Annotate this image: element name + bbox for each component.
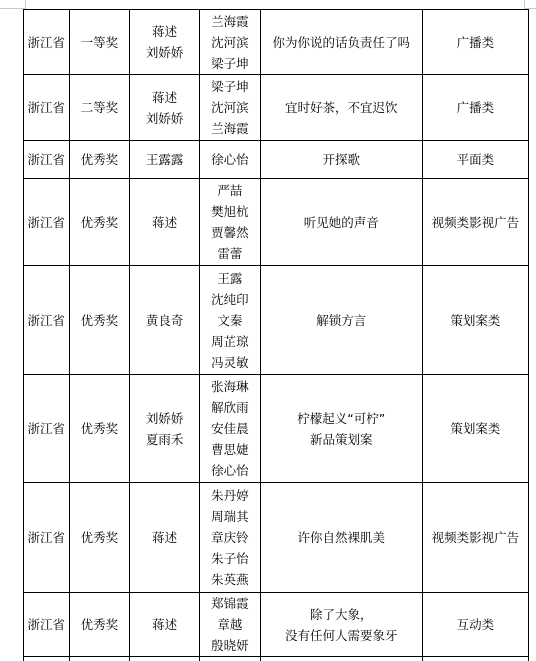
work-title-line: 解锁方言 xyxy=(261,310,422,331)
award-cell: 优秀奖 xyxy=(69,593,130,657)
teacher-cell: 王露露 xyxy=(130,141,200,179)
province-cell: 浙江省 xyxy=(24,179,70,266)
member-name: 朱子怡 xyxy=(200,548,260,569)
table-row: 浙江省 优秀奖 蒋述 郑锦霞章越殷晓妍 除了大象，没有任何人需要象牙 互动类 xyxy=(24,593,529,657)
member-name: 徐心怡 xyxy=(200,460,260,481)
award-text: 优秀奖 xyxy=(70,614,130,635)
award-text: 优秀奖 xyxy=(70,310,130,331)
award-cell: 优秀奖 xyxy=(69,141,130,179)
member-name: 朱英燕 xyxy=(200,569,260,590)
province-text: 浙江省 xyxy=(24,97,69,118)
award-text: 优秀奖 xyxy=(70,418,130,439)
members-cell: 张海琳解欣雨安佳晨曹思婕徐心怡 xyxy=(200,375,261,483)
award-cell: 优秀奖 xyxy=(69,266,130,375)
title-cell: 解锁方言 xyxy=(260,266,422,375)
teacher-name: 刘娇娇 xyxy=(130,408,199,429)
teacher-cell: 蒋述 xyxy=(130,593,200,657)
province-text: 浙江省 xyxy=(24,212,69,233)
category-text: 视频类影视广告 xyxy=(423,212,528,233)
category-cell: 广播类 xyxy=(422,75,528,141)
award-cell: 优秀奖 xyxy=(69,375,130,483)
members-cell: 严喆樊旭杭贾馨然雷蕾 xyxy=(200,179,261,266)
category-cell: 互动类 xyxy=(422,593,528,657)
work-title-line: 听见她的声音 xyxy=(261,212,422,233)
category-cell: 策划案类 xyxy=(422,375,528,483)
title-cell: 许你自然裸肌美 xyxy=(260,483,422,593)
member-name: 沈纯印 xyxy=(200,289,260,310)
member-name: 樊旭杭 xyxy=(200,201,260,222)
member-name: 梁子坤 xyxy=(200,53,260,74)
empty-cell xyxy=(24,657,70,661)
award-cell: 二等奖 xyxy=(69,75,130,141)
member-name: 章越 xyxy=(200,614,260,635)
table-row-partial xyxy=(24,657,529,661)
category-cell: 平面类 xyxy=(422,141,528,179)
member-name: 周芷琼 xyxy=(200,331,260,352)
members-cell: 朱丹婷周瑞其章庆铃朱子怡朱英燕 xyxy=(200,483,261,593)
member-name: 殷晓妍 xyxy=(200,635,260,656)
members-cell: 郑锦霞章越殷晓妍 xyxy=(200,593,261,657)
category-text: 广播类 xyxy=(423,32,528,53)
table-row: 浙江省 优秀奖 蒋述 严喆樊旭杭贾馨然雷蕾 听见她的声音 视频类影视广告 xyxy=(24,179,529,266)
teacher-name: 蒋述 xyxy=(130,614,199,635)
teacher-cell: 蒋述 xyxy=(130,483,200,593)
member-name: 章庆铃 xyxy=(200,527,260,548)
province-cell: 浙江省 xyxy=(24,266,70,375)
province-text: 浙江省 xyxy=(24,527,69,548)
empty-cell xyxy=(200,657,261,661)
members-cell: 徐心怡 xyxy=(200,141,261,179)
member-name: 张海琳 xyxy=(200,376,260,397)
category-text: 平面类 xyxy=(423,149,528,170)
work-title-line: 除了大象， xyxy=(261,604,422,625)
member-name: 冯灵敏 xyxy=(200,352,260,373)
empty-cell xyxy=(260,657,422,661)
teacher-name: 刘娇娇 xyxy=(130,42,199,63)
award-cell: 优秀奖 xyxy=(69,483,130,593)
member-name: 沈河滨 xyxy=(200,97,260,118)
member-name: 沈河滨 xyxy=(200,32,260,53)
province-cell: 浙江省 xyxy=(24,75,70,141)
member-name: 梁子坤 xyxy=(200,76,260,97)
teacher-name: 蒋述 xyxy=(130,21,199,42)
members-cell: 兰海霞沈河滨梁子坤 xyxy=(200,10,261,75)
teacher-cell: 黄良奇 xyxy=(130,266,200,375)
teacher-name: 黄良奇 xyxy=(130,310,199,331)
award-text: 优秀奖 xyxy=(70,149,130,170)
table-row: 浙江省 优秀奖 王露露 徐心怡 开探歌 平面类 xyxy=(24,141,529,179)
empty-cell xyxy=(69,657,130,661)
awards-table: 浙江省 一等奖 蒋述刘娇娇 兰海霞沈河滨梁子坤 你为你说的话负责任了吗 广播类 … xyxy=(23,9,529,661)
province-text: 浙江省 xyxy=(24,149,69,170)
title-cell: 听见她的声音 xyxy=(260,179,422,266)
province-cell: 浙江省 xyxy=(24,593,70,657)
province-text: 浙江省 xyxy=(24,32,69,53)
member-name: 朱丹婷 xyxy=(200,485,260,506)
work-title-line: 开探歌 xyxy=(261,149,422,170)
award-cell: 优秀奖 xyxy=(69,179,130,266)
category-text: 广播类 xyxy=(423,97,528,118)
awards-table-body: 浙江省 一等奖 蒋述刘娇娇 兰海霞沈河滨梁子坤 你为你说的话负责任了吗 广播类 … xyxy=(24,10,529,657)
member-name: 安佳晨 xyxy=(200,418,260,439)
table-row: 浙江省 一等奖 蒋述刘娇娇 兰海霞沈河滨梁子坤 你为你说的话负责任了吗 广播类 xyxy=(24,10,529,75)
member-name: 兰海霞 xyxy=(200,11,260,32)
province-text: 浙江省 xyxy=(24,614,69,635)
award-text: 优秀奖 xyxy=(70,527,130,548)
award-text: 优秀奖 xyxy=(70,212,130,233)
category-cell: 视频类影视广告 xyxy=(422,179,528,266)
province-cell: 浙江省 xyxy=(24,10,70,75)
province-text: 浙江省 xyxy=(24,418,69,439)
member-name: 贾馨然 xyxy=(200,222,260,243)
member-name: 周瑞其 xyxy=(200,506,260,527)
empty-cell xyxy=(130,657,200,661)
work-title-line: 你为你说的话负责任了吗 xyxy=(261,32,422,53)
award-text: 一等奖 xyxy=(70,32,130,53)
category-text: 视频类影视广告 xyxy=(423,527,528,548)
work-title-line: 宜时好茶，不宜迟饮 xyxy=(261,97,422,118)
table-row: 浙江省 优秀奖 蒋述 朱丹婷周瑞其章庆铃朱子怡朱英燕 许你自然裸肌美 视频类影视… xyxy=(24,483,529,593)
page-corner-marker-top-left xyxy=(0,8,25,9)
table-row: 浙江省 优秀奖 刘娇娇夏雨禾 张海琳解欣雨安佳晨曹思婕徐心怡 柠檬起义“可柠”新… xyxy=(24,375,529,483)
member-name: 郑锦霞 xyxy=(200,593,260,614)
award-cell: 一等奖 xyxy=(69,10,130,75)
category-text: 互动类 xyxy=(423,614,528,635)
teacher-name: 蒋述 xyxy=(130,527,199,548)
table-row: 浙江省 二等奖 蒋述刘娇娇 梁子坤沈河滨兰海霞 宜时好茶，不宜迟饮 广播类 xyxy=(24,75,529,141)
title-cell: 除了大象，没有任何人需要象牙 xyxy=(260,593,422,657)
teacher-name: 蒋述 xyxy=(130,212,199,233)
category-cell: 广播类 xyxy=(422,10,528,75)
province-cell: 浙江省 xyxy=(24,375,70,483)
title-cell: 你为你说的话负责任了吗 xyxy=(260,10,422,75)
member-name: 严喆 xyxy=(200,180,260,201)
category-text: 策划案类 xyxy=(423,418,528,439)
members-cell: 王露沈纯印文秦周芷琼冯灵敏 xyxy=(200,266,261,375)
empty-cell xyxy=(422,657,528,661)
category-cell: 策划案类 xyxy=(422,266,528,375)
category-cell: 视频类影视广告 xyxy=(422,483,528,593)
member-name: 雷蕾 xyxy=(200,243,260,264)
table-row: 浙江省 优秀奖 黄良奇 王露沈纯印文秦周芷琼冯灵敏 解锁方言 策划案类 xyxy=(24,266,529,375)
member-name: 解欣雨 xyxy=(200,397,260,418)
teacher-name: 蒋述 xyxy=(130,87,199,108)
member-name: 徐心怡 xyxy=(200,149,260,170)
member-name: 文秦 xyxy=(200,310,260,331)
member-name: 王露 xyxy=(200,268,260,289)
teacher-name: 刘娇娇 xyxy=(130,108,199,129)
teacher-cell: 蒋述刘娇娇 xyxy=(130,10,200,75)
title-cell: 宜时好茶，不宜迟饮 xyxy=(260,75,422,141)
province-cell: 浙江省 xyxy=(24,141,70,179)
work-title-line: 柠檬起义“可柠” xyxy=(261,408,422,429)
award-text: 二等奖 xyxy=(70,97,130,118)
work-title-line: 没有任何人需要象牙 xyxy=(261,625,422,646)
title-cell: 开探歌 xyxy=(260,141,422,179)
work-title-line: 新品策划案 xyxy=(261,429,422,450)
teacher-cell: 蒋述刘娇娇 xyxy=(130,75,200,141)
member-name: 曹思婕 xyxy=(200,439,260,460)
teacher-name: 王露露 xyxy=(130,149,199,170)
province-cell: 浙江省 xyxy=(24,483,70,593)
page-corner-marker-top-left-vertical xyxy=(25,0,26,9)
member-name: 兰海霞 xyxy=(200,118,260,139)
province-text: 浙江省 xyxy=(24,310,69,331)
teacher-cell: 刘娇娇夏雨禾 xyxy=(130,375,200,483)
title-cell: 柠檬起义“可柠”新品策划案 xyxy=(260,375,422,483)
teacher-name: 夏雨禾 xyxy=(130,429,199,450)
category-text: 策划案类 xyxy=(423,310,528,331)
work-title-line: 许你自然裸肌美 xyxy=(261,527,422,548)
members-cell: 梁子坤沈河滨兰海霞 xyxy=(200,75,261,141)
teacher-cell: 蒋述 xyxy=(130,179,200,266)
